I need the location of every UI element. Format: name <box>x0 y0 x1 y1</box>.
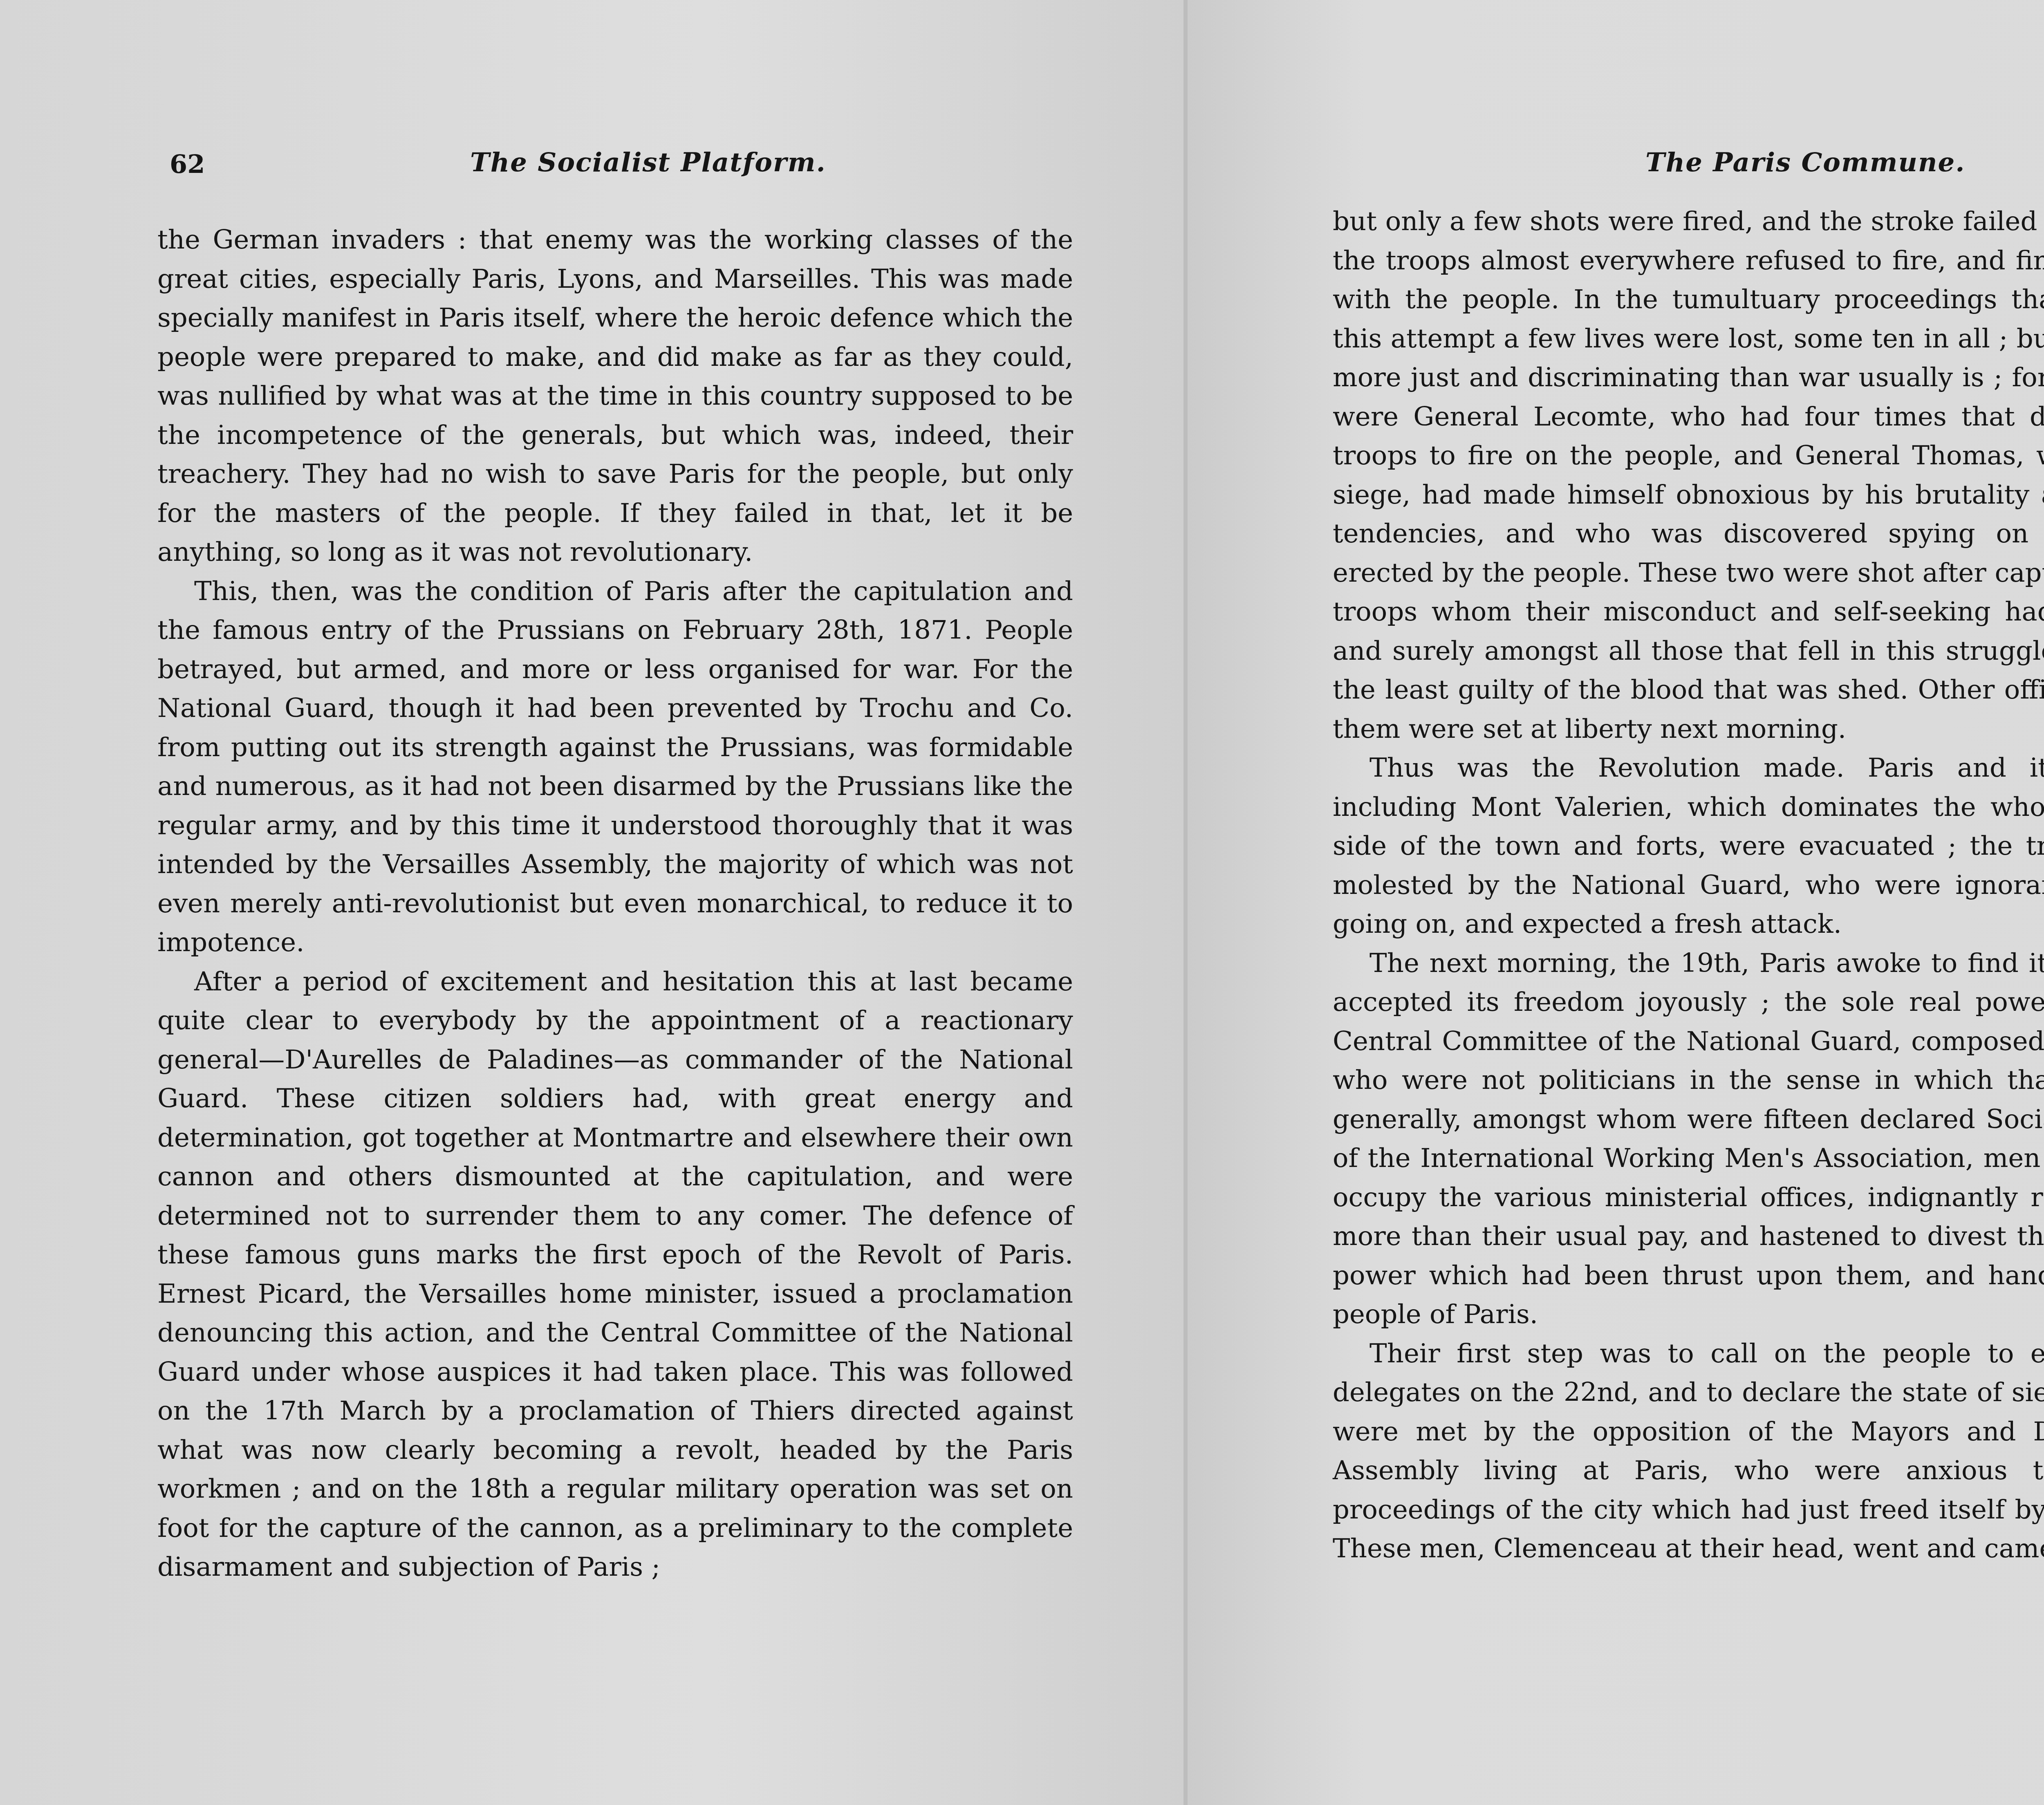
paragraph: This, then, was the condition of Paris a… <box>157 572 1073 963</box>
running-head: The Paris Commune. <box>1645 147 1966 178</box>
page-number: 62 <box>170 149 205 179</box>
right-page: The Paris Commune. 63 but only a few sho… <box>1188 0 2044 1805</box>
paragraph: After a period of excitement and hesitat… <box>157 963 1073 1587</box>
paragraph: the German invaders : that enemy was the… <box>157 221 1073 572</box>
running-head: The Socialist Platform. <box>470 147 826 178</box>
left-page: 62 The Socialist Platform. the German in… <box>0 0 1188 1805</box>
paragraph: Their first step was to call on the peop… <box>1333 1335 2044 1569</box>
paragraph: Thus was the Revolution made. Paris and … <box>1333 749 2044 944</box>
paragraph: The next morning, the 19th, Paris awoke … <box>1333 944 2044 1335</box>
body-text: the German invaders : that enemy was the… <box>157 221 1073 1587</box>
paragraph: but only a few shots were fired, and the… <box>1333 202 2044 749</box>
body-text: but only a few shots were fired, and the… <box>1333 202 2044 1569</box>
